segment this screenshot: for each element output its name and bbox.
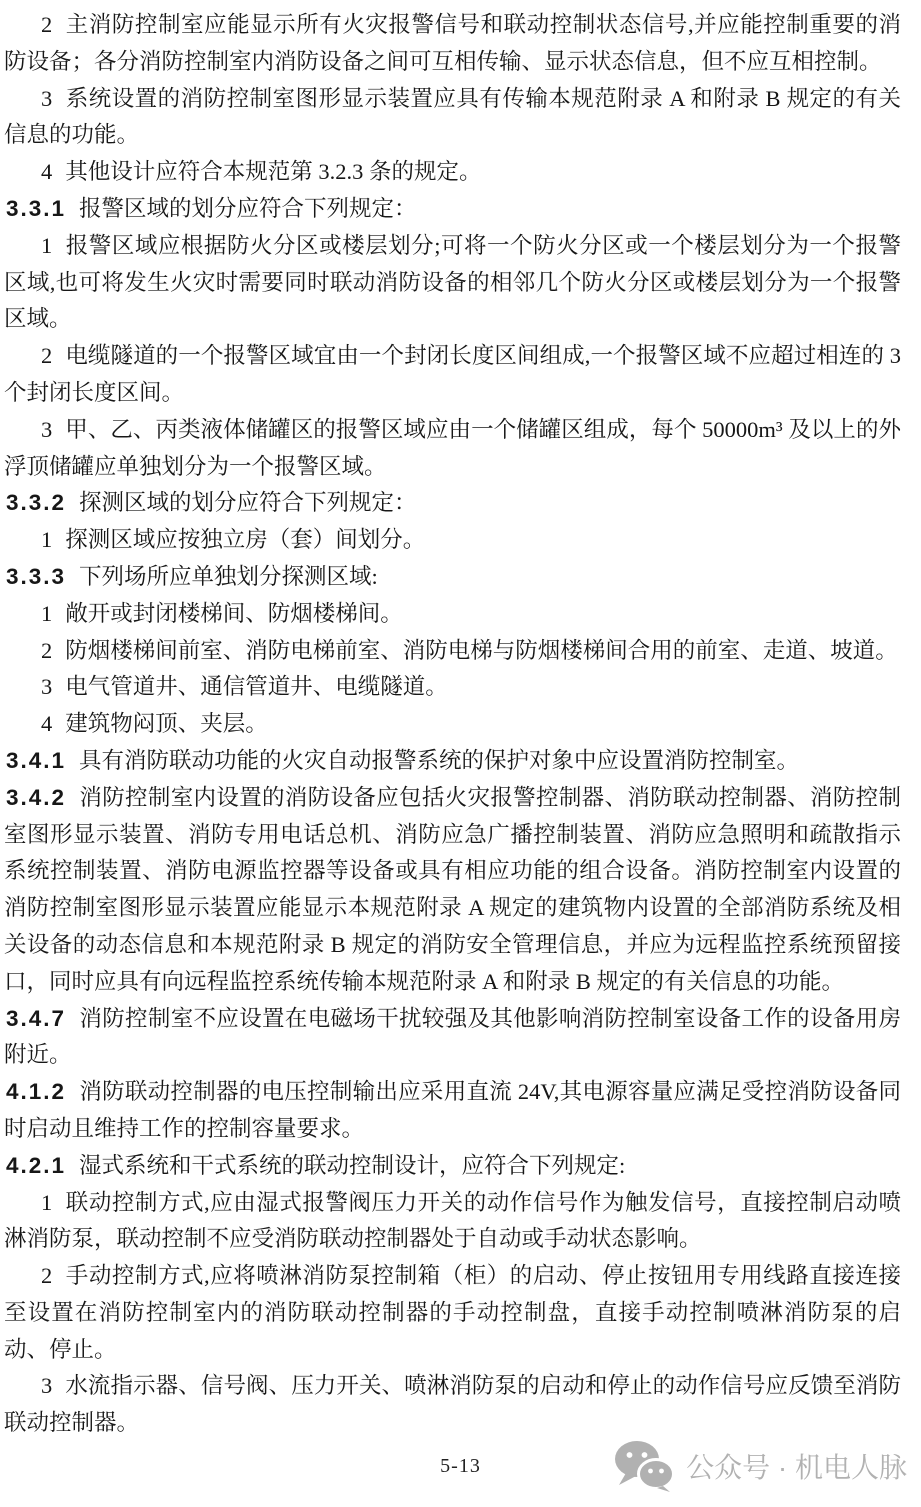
- clause-number: 3.4.7: [6, 1006, 66, 1031]
- item-number: 2: [41, 343, 52, 368]
- document-body: 2主消防控制室应能显示所有火灾报警信号和联动控制状态信号,并应能控制重要的消防设…: [0, 0, 921, 1442]
- paragraph-text: 电缆隧道的一个报警区域宜由一个封闭长度区间组成,一个报警区域不应超过相连的 3 …: [4, 343, 901, 405]
- item-paragraph: 3水流指示器、信号阀、压力开关、喷淋消防泵的启动和停止的动作信号应反馈至消防联动…: [4, 1368, 901, 1442]
- clause-paragraph: 4.2.1湿式系统和干式系统的联动控制设计，应符合下列规定:: [4, 1148, 901, 1185]
- item-paragraph: 3系统设置的消防控制室图形显示装置应具有传输本规范附录 A 和附录 B 规定的有…: [4, 81, 901, 155]
- item-paragraph: 4其他设计应符合本规范第 3.2.3 条的规定。: [4, 154, 901, 191]
- item-number: 3: [41, 1373, 52, 1398]
- paragraph-text: 报警区域应根据防火分区或楼层划分;可将一个防火分区或一个楼层划分为一个报警区域,…: [4, 233, 901, 332]
- watermark-text: 公众号 · 机电人脉: [686, 1446, 907, 1486]
- item-paragraph: 2手动控制方式,应将喷淋消防泵控制箱（柜）的启动、停止按钮用专用线路直接连接至设…: [4, 1258, 901, 1368]
- paragraph-text: 探测区域的划分应符合下列规定：: [79, 490, 417, 515]
- clause-number: 3.3.1: [6, 196, 66, 221]
- clause-paragraph: 4.1.2消防联动控制器的电压控制输出应采用直流 24V,其电源容量应满足受控消…: [4, 1074, 901, 1148]
- paragraph-text: 水流指示器、信号阀、压力开关、喷淋消防泵的启动和停止的动作信号应反馈至消防联动控…: [4, 1373, 901, 1435]
- clause-paragraph: 3.3.1报警区域的划分应符合下列规定：: [4, 191, 901, 228]
- clause-paragraph: 3.3.2探测区域的划分应符合下列规定：: [4, 485, 901, 522]
- paragraph-text: 消防联动控制器的电压控制输出应采用直流 24V,其电源容量应满足受控消防设备同时…: [4, 1079, 901, 1141]
- paragraph-text: 报警区域的划分应符合下列规定：: [79, 196, 417, 221]
- item-number: 3: [41, 674, 52, 699]
- clause-number: 3.4.2: [6, 785, 66, 810]
- clause-number: 3.4.1: [6, 748, 66, 773]
- clause-number: 3.3.3: [6, 564, 66, 589]
- item-paragraph: 4建筑物闷顶、夹层。: [4, 706, 901, 743]
- document-page: { "page": { "background": "#ffffff", "te…: [0, 0, 921, 1507]
- item-number: 1: [41, 601, 52, 626]
- watermark: 公众号 · 机电人脉: [614, 1440, 907, 1492]
- paragraph-text: 探测区域应按独立房（套）间划分。: [65, 527, 425, 552]
- item-number: 3: [41, 417, 52, 442]
- item-paragraph: 3甲、乙、丙类液体储罐区的报警区域应由一个储罐区组成，每个 50000m³ 及以…: [4, 412, 901, 486]
- item-paragraph: 2电缆隧道的一个报警区域宜由一个封闭长度区间组成,一个报警区域不应超过相连的 3…: [4, 338, 901, 412]
- clause-paragraph: 3.4.1具有消防联动功能的火灾自动报警系统的保护对象中应设置消防控制室。: [4, 743, 901, 780]
- item-paragraph: 1联动控制方式,应由湿式报警阀压力开关的动作信号作为触发信号，直接控制启动喷淋消…: [4, 1185, 901, 1259]
- item-number: 4: [41, 159, 52, 184]
- item-number: 2: [41, 12, 52, 37]
- paragraph-text: 具有消防联动功能的火灾自动报警系统的保护对象中应设置消防控制室。: [79, 748, 799, 773]
- paragraph-text: 湿式系统和干式系统的联动控制设计，应符合下列规定:: [79, 1153, 625, 1178]
- wechat-icon: [614, 1440, 674, 1492]
- clause-number: 3.3.2: [6, 490, 66, 515]
- item-number: 1: [41, 1190, 52, 1215]
- paragraph-text: 甲、乙、丙类液体储罐区的报警区域应由一个储罐区组成，每个 50000m³ 及以上…: [4, 417, 901, 479]
- clause-paragraph: 3.4.7消防控制室不应设置在电磁场干扰较强及其他影响消防控制室设备工作的设备用…: [4, 1001, 901, 1075]
- paragraph-text: 手动控制方式,应将喷淋消防泵控制箱（柜）的启动、停止按钮用专用线路直接连接至设置…: [4, 1263, 901, 1362]
- clause-number: 4.1.2: [6, 1079, 66, 1104]
- clause-paragraph: 3.4.2消防控制室内设置的消防设备应包括火灾报警控制器、消防联动控制器、消防控…: [4, 780, 901, 1001]
- item-number: 1: [41, 233, 52, 258]
- clause-paragraph: 3.3.3下列场所应单独划分探测区域:: [4, 559, 901, 596]
- paragraph-text: 主消防控制室应能显示所有火灾报警信号和联动控制状态信号,并应能控制重要的消防设备…: [4, 12, 901, 74]
- item-paragraph: 2主消防控制室应能显示所有火灾报警信号和联动控制状态信号,并应能控制重要的消防设…: [4, 7, 901, 81]
- item-number: 2: [41, 638, 52, 663]
- item-paragraph: 3电气管道井、通信管道井、电缆隧道。: [4, 669, 901, 706]
- paragraph-text: 消防控制室不应设置在电磁场干扰较强及其他影响消防控制室设备工作的设备用房附近。: [4, 1006, 901, 1068]
- item-number: 1: [41, 527, 52, 552]
- paragraph-text: 电气管道井、通信管道井、电缆隧道。: [65, 674, 448, 699]
- paragraph-text: 建筑物闷顶、夹层。: [65, 711, 268, 736]
- paragraph-text: 消防控制室内设置的消防设备应包括火灾报警控制器、消防联动控制器、消防控制室图形显…: [4, 785, 901, 994]
- item-number: 2: [41, 1263, 52, 1288]
- item-number: 4: [41, 711, 52, 736]
- paragraph-text: 防烟楼梯间前室、消防电梯前室、消防电梯与防烟楼梯间合用的前室、走道、坡道。: [65, 638, 898, 663]
- item-number: 3: [41, 86, 52, 111]
- paragraph-text: 敞开或封闭楼梯间、防烟楼梯间。: [65, 601, 403, 626]
- paragraph-text: 系统设置的消防控制室图形显示装置应具有传输本规范附录 A 和附录 B 规定的有关…: [4, 86, 901, 148]
- item-paragraph: 1敞开或封闭楼梯间、防烟楼梯间。: [4, 596, 901, 633]
- clause-number: 4.2.1: [6, 1153, 66, 1178]
- item-paragraph: 1探测区域应按独立房（套）间划分。: [4, 522, 901, 559]
- paragraph-text: 联动控制方式,应由湿式报警阀压力开关的动作信号作为触发信号，直接控制启动喷淋消防…: [4, 1190, 901, 1252]
- paragraph-text: 下列场所应单独划分探测区域:: [79, 564, 378, 589]
- paragraph-text: 其他设计应符合本规范第 3.2.3 条的规定。: [65, 159, 481, 184]
- item-paragraph: 1报警区域应根据防火分区或楼层划分;可将一个防火分区或一个楼层划分为一个报警区域…: [4, 228, 901, 338]
- item-paragraph: 2防烟楼梯间前室、消防电梯前室、消防电梯与防烟楼梯间合用的前室、走道、坡道。: [4, 633, 901, 670]
